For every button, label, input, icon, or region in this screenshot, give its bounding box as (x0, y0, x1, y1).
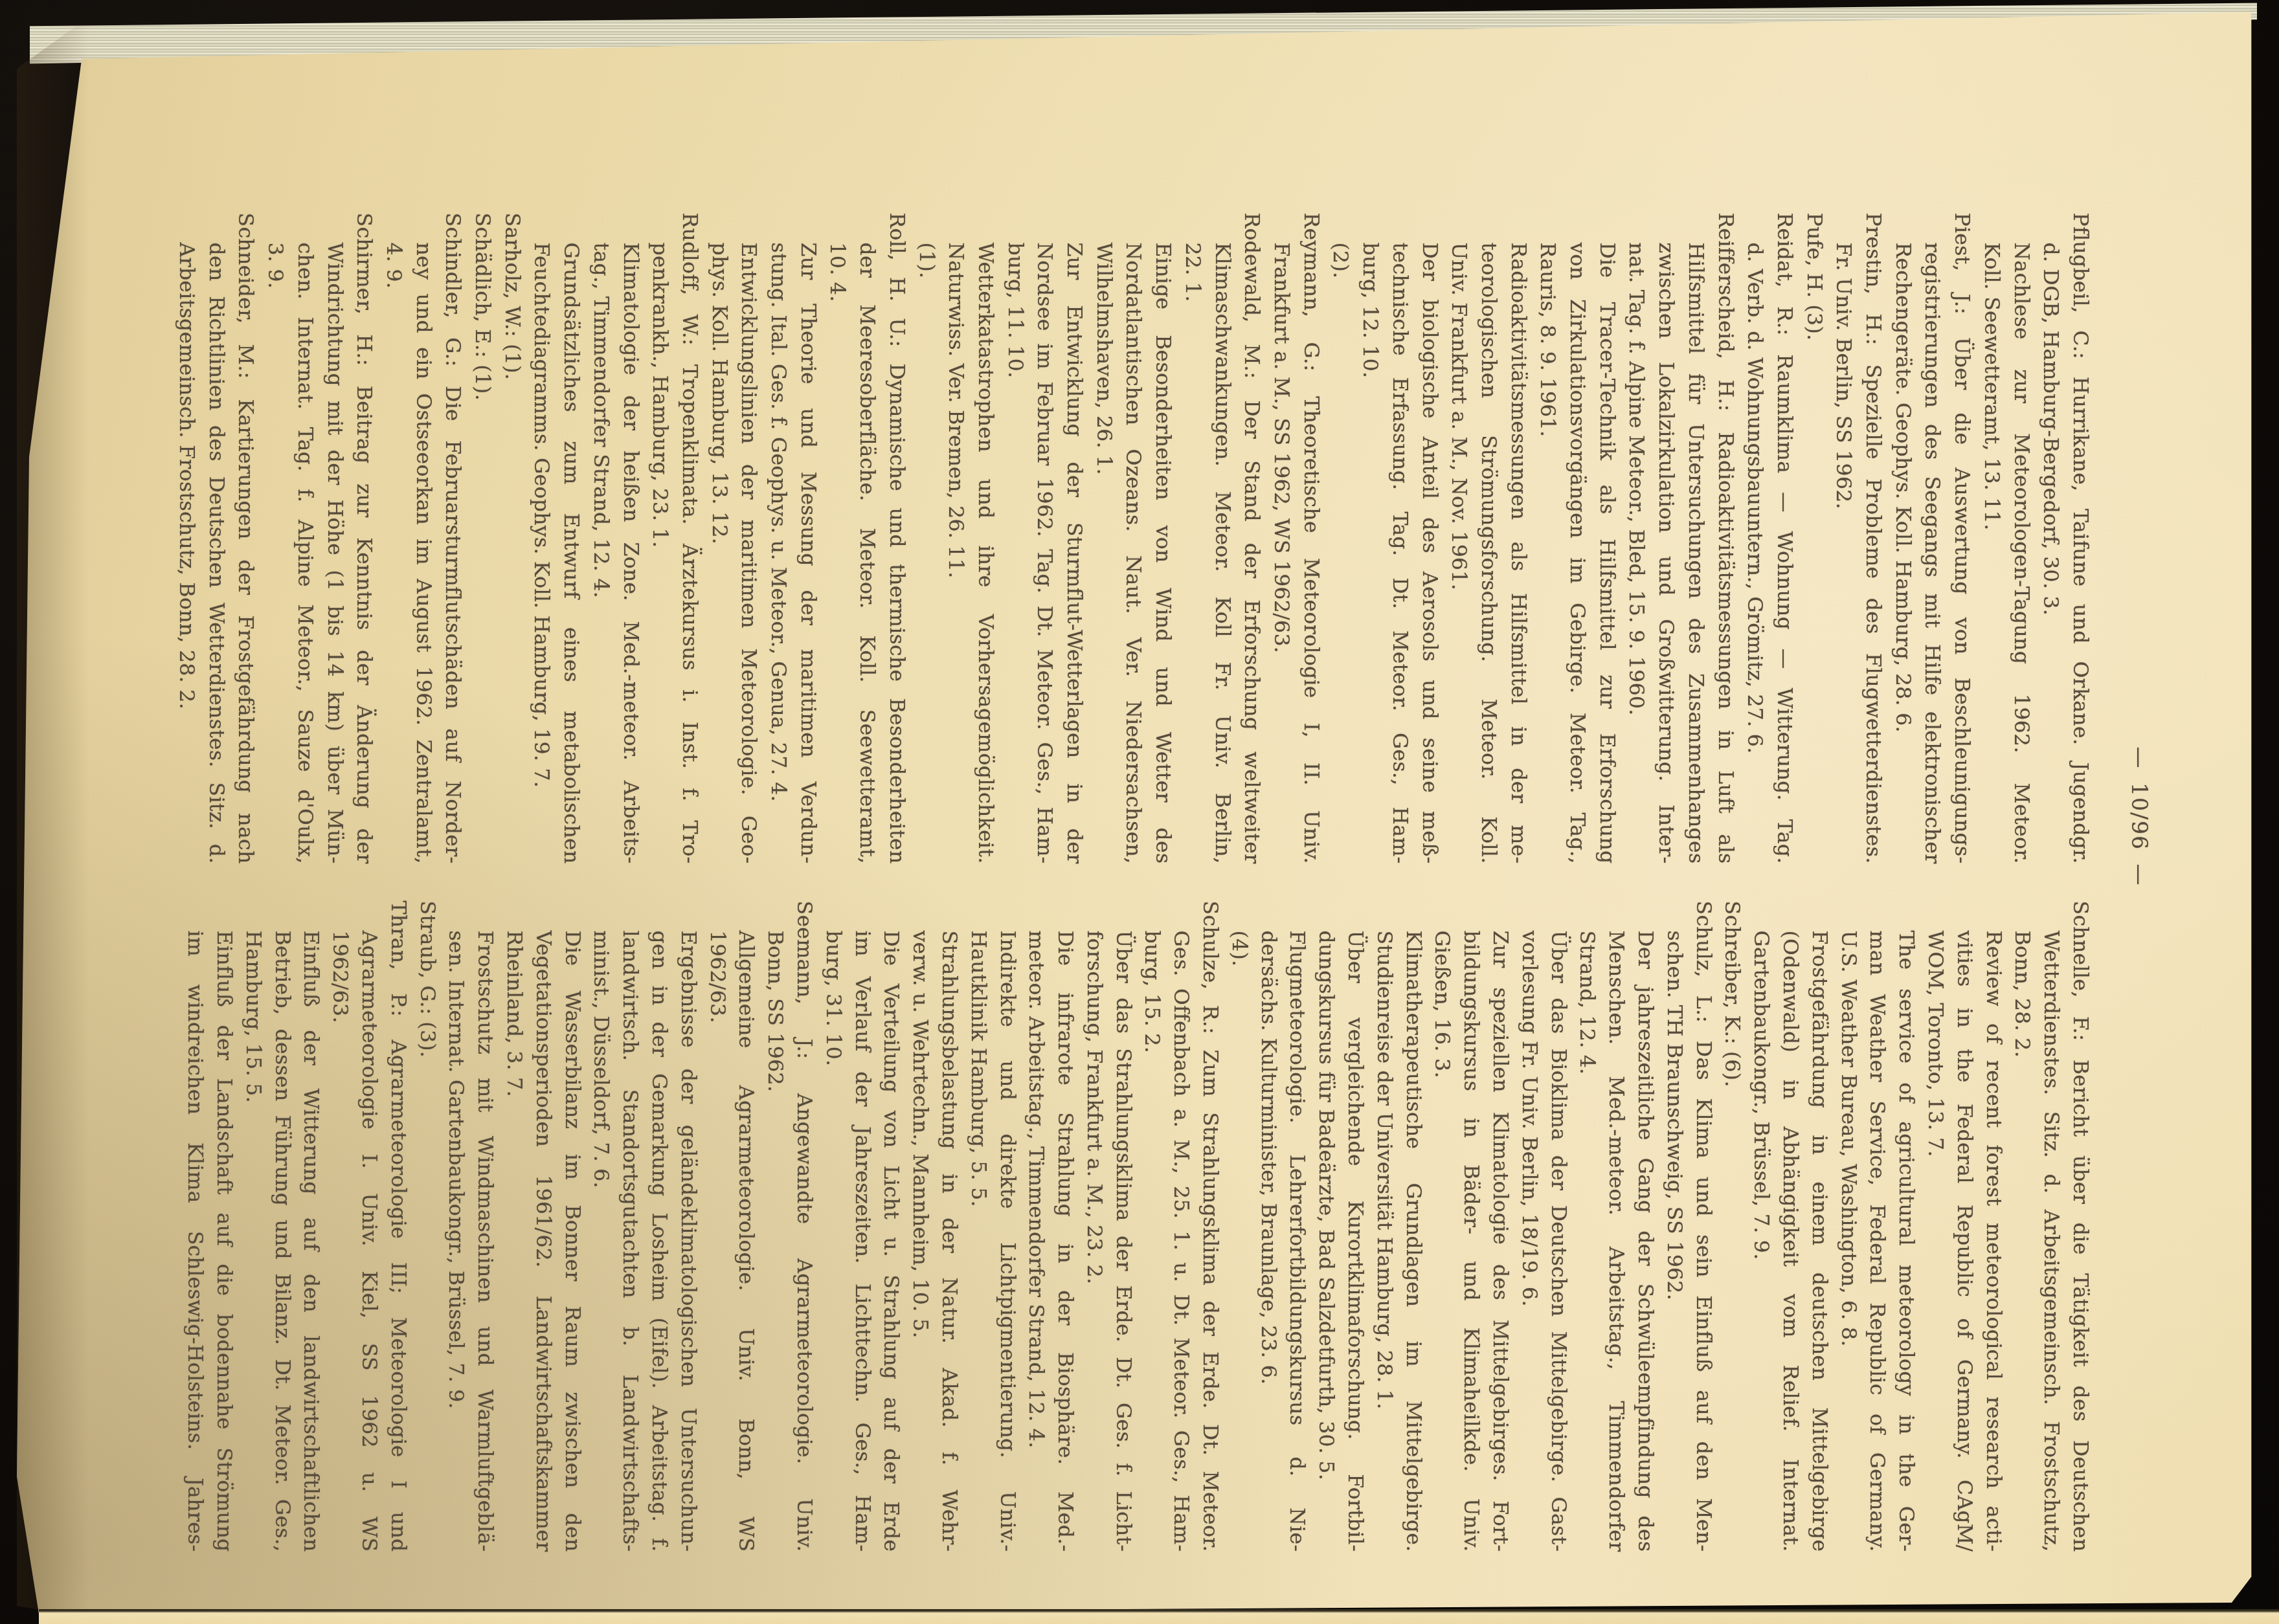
reference-line: zwischen Lokalzirkulation und Großwitter… (1650, 213, 1680, 864)
reference-line: stung. Ital. Ges. f. Geophys. u. Meteor.… (763, 213, 792, 864)
reference-line: Frostschutz mit Windmaschinen und Warmlu… (470, 901, 499, 1552)
reference-line: Strahlungsbelastung in der Natur. Akad. … (934, 901, 963, 1552)
reference-line: Vegetationsperioden 1961/62. Landwirtsch… (528, 901, 557, 1552)
reference-line: Über das Strahlungsklima der Erde. Dt. G… (1108, 901, 1137, 1552)
next-page-edge (39, 1609, 2279, 1624)
reference-line: Bonn, 28. 2. (2007, 901, 2036, 1552)
reference-line: 22. 1. (1177, 213, 1207, 864)
reference-line: Reifferscheid, H.: Radioaktivitätsmessun… (1709, 213, 1739, 864)
reference-line: 1962/63. (702, 901, 731, 1552)
reference-line: Gartenbaukongr., Brüssel, 7. 9. (1746, 901, 1775, 1552)
reference-line: Schneider, M.: Kartierungen der Frostgef… (230, 213, 260, 864)
reference-line: den Richtlinien des Deutschen Wetterdien… (201, 213, 230, 864)
reference-line: Zur speziellen Klimatologie des Mittelge… (1485, 901, 1514, 1552)
reference-line: Die infrarote Strahlung in der Biosphäre… (1050, 901, 1079, 1552)
rotated-page-content: — 10/96 — Pflugbeil, C.: Hurrikane, Taif… (89, 10, 2252, 1554)
reference-line: burg, 12. 10. (1354, 213, 1384, 864)
reference-line: Nordsee im Februar 1962. Tag. Dt. Meteor… (1029, 213, 1059, 864)
reference-line: Seemann, J.: Angewandte Agrarmeteorologi… (789, 901, 818, 1552)
reference-line: (2). (1325, 213, 1354, 864)
reference-line: Schreiber, K.: (6). (1717, 901, 1746, 1552)
reference-line: Fr. Univ. Berlin, SS 1962. (1828, 213, 1858, 864)
reference-line: Betrieb, dessen Führung und Bilanz. Dt. … (267, 901, 296, 1552)
reference-line: 1962/63. (325, 901, 354, 1552)
reference-line: schen. TH Braunschweig, SS 1962. (1659, 901, 1689, 1552)
reference-line: Hilfsmittel für Untersuchungen des Zusam… (1680, 213, 1710, 864)
reference-line: vities in the Federal Republic of German… (1949, 901, 1979, 1552)
scanner-background: — 10/96 — Pflugbeil, C.: Hurrikane, Taif… (0, 0, 2279, 1624)
reference-line: The service of agricultural meteorology … (1891, 901, 1920, 1552)
reference-column-1: Pflugbeil, C.: Hurrikane, Taifune und Or… (171, 213, 2094, 864)
reference-line: Die Tracer-Technik als Hilfsmittel zur E… (1591, 213, 1621, 864)
reference-line: Die Wasserbilanz im Bonner Raum zwischen… (557, 901, 586, 1552)
scanned-document-screenshot: { "document": { "page_header": "— 10/96 … (0, 0, 2279, 1624)
reference-line: technische Erfassung. Tag. Dt. Meteor. G… (1384, 213, 1414, 864)
reference-line: Reymann, G.: Theoretische Meteorologie I… (1296, 213, 1325, 864)
reference-line: von Zirkulationsvorgängen im Gebirge. Me… (1562, 213, 1591, 864)
reference-line: Der jahreszeitliche Gang der Schwüleempf… (1630, 901, 1659, 1552)
reference-line: Rheinland, 3. 7. (499, 901, 528, 1552)
reference-line: Zur Theorie und Messung der maritimen Ve… (792, 213, 822, 864)
reference-line: Entwicklungslinien der maritimen Meteoro… (733, 213, 763, 864)
reference-line: Feuchtediagramms. Geophys. Koll. Hamburg… (526, 213, 556, 864)
reference-line: Koll. Seewetteramt, 13. 11. (1976, 213, 2006, 864)
reference-line: man Weather Service, Federal Republic of… (1862, 901, 1891, 1552)
reference-line: Hautklinik Hamburg, 5. 5. (963, 901, 992, 1552)
reference-line: Schädlich, E.: (1). (467, 213, 497, 864)
reference-line: (1). (910, 213, 940, 864)
reference-line: Die Verteilung von Licht u. Strahlung au… (876, 901, 905, 1552)
reference-line: Allgemeine Agrarmeteorologie. Univ. Bonn… (731, 901, 760, 1552)
reference-line: burg, 31. 10. (818, 901, 847, 1552)
reference-line: Der biologische Anteil des Aerosols und … (1413, 213, 1443, 864)
reference-line: Klimatologie der heißen Zone. Med.-meteo… (614, 213, 644, 864)
page-number-header: — 10/96 — (2125, 85, 2153, 1548)
reference-line: Rodewald, M.: Der Stand der Erforschung … (1236, 213, 1266, 864)
reference-line: teorologischen Strömungsforschung. Meteo… (1473, 213, 1503, 864)
reference-line: ney und ein Ostseeorkan im August 1962. … (407, 213, 437, 864)
reference-line: Schirmer, H.: Beitrag zur Kenntnis der Ä… (348, 213, 378, 864)
reference-line: meteor. Arbeitstag., Timmendorfer Strand… (1021, 901, 1050, 1552)
reference-line: Roll, H. U.: Dynamische und thermische B… (881, 213, 911, 864)
reference-line: Strand, 12. 4. (1572, 901, 1601, 1552)
reference-line: Indirekte und direkte Lichtpigmentierung… (992, 901, 1021, 1552)
reference-line: Frankfurt a. M., SS 1962, WS 1962/63. (1266, 213, 1296, 864)
reference-line: Radioaktivitätsmessungen als Hilfsmittel… (1502, 213, 1532, 864)
reference-line: dersächs. Kulturminister, Braunlage, 23.… (1253, 901, 1282, 1552)
reference-line: Über vergleichende Kurortklimaforschung.… (1340, 901, 1369, 1552)
reference-line: vorlesung Fr. Univ. Berlin, 18/19. 6. (1514, 901, 1544, 1552)
reference-line: minist., Düsseldorf, 7. 6. (586, 901, 615, 1552)
reference-line: burg, 15. 2. (1137, 901, 1166, 1552)
reference-column-2: Schnelle, F.: Bericht über die Tätigkeit… (171, 901, 2094, 1552)
reference-line: Schulze, R.: Zum Strahlungsklima der Erd… (1195, 901, 1224, 1552)
reference-line: chen. Internat. Tag. f. Alpine Meteor., … (289, 213, 319, 864)
reference-line: Über das Bioklima der Deutschen Mittelge… (1543, 901, 1572, 1552)
reference-line: Naturwiss. Ver. Bremen, 26. 11. (940, 213, 970, 864)
reference-line: sen. Internat. Gartenbaukongr., Brüssel,… (441, 901, 470, 1552)
reference-line: Menschen. Med.-meteor. Arbeitstag., Timm… (1601, 901, 1630, 1552)
reference-line: Windrichtung mit der Höhe (1 bis 14 km) … (319, 213, 348, 864)
reference-line: forschung, Frankfurt a. M., 23. 2. (1079, 901, 1108, 1552)
reference-line: Flugmeteorologie. Lehrerfortbildungskurs… (1282, 901, 1311, 1552)
reference-line: Pflugbeil, C.: Hurrikane, Taifune und Or… (2065, 213, 2094, 864)
reference-line: Thran, P.: Agrarmeteorologie III; Meteor… (383, 901, 412, 1552)
reference-line: Schnelle, F.: Bericht über die Tätigkeit… (2065, 901, 2094, 1552)
reference-line: d. Verb. d. Wohnungsbauuntern., Grömitz,… (1739, 213, 1769, 864)
reference-line: Frostgefährdung in einem deutschen Mitte… (1804, 901, 1834, 1552)
reference-line: Ergebnisse der geländeklimatologischen U… (673, 901, 702, 1552)
reference-line: Schulz, L.: Das Klima und sein Einfluß a… (1688, 901, 1717, 1552)
reference-line: Sarholz, W.: (1). (497, 213, 526, 864)
reference-line: Straub, G.: (3). (412, 901, 441, 1552)
reference-line: Wetterdienstes. Sitz. d. Arbeitsgemeinsc… (2036, 901, 2065, 1552)
reference-columns: Pflugbeil, C.: Hurrikane, Taifune und Or… (171, 213, 2094, 1552)
reference-line: Rauris, 8. 9. 1961. (1532, 213, 1562, 864)
reference-line: d. DGB, Hamburg-Bergedorf, 30. 3. (2035, 213, 2065, 864)
reference-line: der Meeresoberfläche. Meteor. Koll. Seew… (851, 213, 881, 864)
reference-line: penkrankh., Hamburg, 23. 1. (644, 213, 674, 864)
reference-line: 4. 9. (378, 213, 408, 864)
reference-line: Wilhelmshaven, 26. 1. (1088, 213, 1118, 864)
reference-line: bildungskursus in Bäder- und Klimaheilkd… (1456, 901, 1485, 1552)
reference-line: 3. 9. (260, 213, 289, 864)
reference-line: U.S. Weather Bureau, Washington, 6. 8. (1833, 901, 1862, 1552)
reference-line: gen in der Gemarkung Losheim (Eifel). Ar… (644, 901, 673, 1552)
reference-line: Gießen, 16. 3. (1427, 901, 1456, 1552)
reference-line: im windreichen Klima Schleswig-Holsteins… (180, 901, 209, 1552)
reference-line: Klimaschwankungen. Meteor. Koll Fr. Univ… (1206, 213, 1236, 864)
reference-line: Zur Entwicklung der Sturmflut-Wetterlage… (1059, 213, 1088, 864)
reference-line: WOM, Toronto, 13. 7. (1920, 901, 1949, 1552)
reference-line: Wetterkatastrophen und ihre Vorhersagemö… (970, 213, 1000, 864)
reference-line: Nordatlantischen Ozeans. Naut. Ver. Nied… (1117, 213, 1147, 864)
reference-line: burg, 11. 10. (999, 213, 1029, 864)
reference-line: landwirtsch. Standortsgutachten b. Landw… (615, 901, 644, 1552)
reference-line: Univ. Frankfurt a. M., Nov. 1961. (1443, 213, 1473, 864)
reference-line: Rudloff, W.: Tropenklimata. Ärztekursus … (674, 213, 704, 864)
reference-line: Einige Besonderheiten von Wind und Wette… (1147, 213, 1177, 864)
reference-line: Prestin, H.: Spezielle Probleme des Flug… (1858, 213, 1887, 864)
reference-line: (4). (1224, 901, 1253, 1552)
reference-line: (Odenwald) in Abhängigkeit vom Relief. I… (1775, 901, 1804, 1552)
reference-line: Schindler, G.: Die Februarsturmflutschäd… (437, 213, 467, 864)
reference-line: Bonn, SS 1962. (760, 901, 789, 1552)
reference-line: Review of recent forest meteorological r… (1978, 901, 2007, 1552)
reference-line: Agrarmeteorologie I. Univ. Kiel, SS 1962… (354, 901, 383, 1552)
reference-line: Pufe, H. (3). (1798, 213, 1828, 864)
reference-line: im Verlauf der Jahreszeiten. Lichttechn.… (847, 901, 876, 1552)
reference-line: Grundsätzliches zum Entwurf eines metabo… (556, 213, 585, 864)
reference-line: Piest, J.: Über die Auswertung von Besch… (1946, 213, 1976, 864)
reference-line: dungskursus für Badeärzte, Bad Salzdetfu… (1311, 901, 1340, 1552)
reference-line: Ges. Offenbach a. M., 25. 1. u. Dt. Mete… (1166, 901, 1195, 1552)
reference-line: Einfluß der Witterung auf den landwirtsc… (296, 901, 325, 1552)
reference-line: registrierungen des Seegangs mit Hilfe e… (1916, 213, 1946, 864)
reference-line: Studienreise der Universität Hamburg, 28… (1369, 901, 1398, 1552)
reference-line: Klimatherapeutische Grundlagen im Mittel… (1398, 901, 1427, 1552)
reference-line: Hamburg, 15. 5. (238, 901, 267, 1552)
reference-line: Einfluß der Landschaft auf die bodennahe… (209, 901, 238, 1552)
reference-line: Rechengeräte. Geophys. Koll. Hamburg, 28… (1887, 213, 1917, 864)
reference-line: Reidat, R.: Raumklima — Wohnung — Witter… (1769, 213, 1799, 864)
reference-line: tag., Timmendorfer Strand, 12. 4. (585, 213, 615, 864)
reference-line: phys. Koll. Hamburg, 13. 12. (703, 213, 733, 864)
reference-line: verw. u. Wehrtechn., Mannheim, 10. 5. (905, 901, 934, 1552)
reference-line: nat. Tag. f. Alpine Meteor., Bled, 15. 9… (1621, 213, 1650, 864)
reference-line: Nachlese zur Meteorologen-Tagung 1962. M… (2005, 213, 2035, 864)
reference-line: 10. 4. (822, 213, 851, 864)
reference-line: Arbeitsgemeinsch. Frostschutz, Bonn, 28.… (171, 213, 201, 864)
